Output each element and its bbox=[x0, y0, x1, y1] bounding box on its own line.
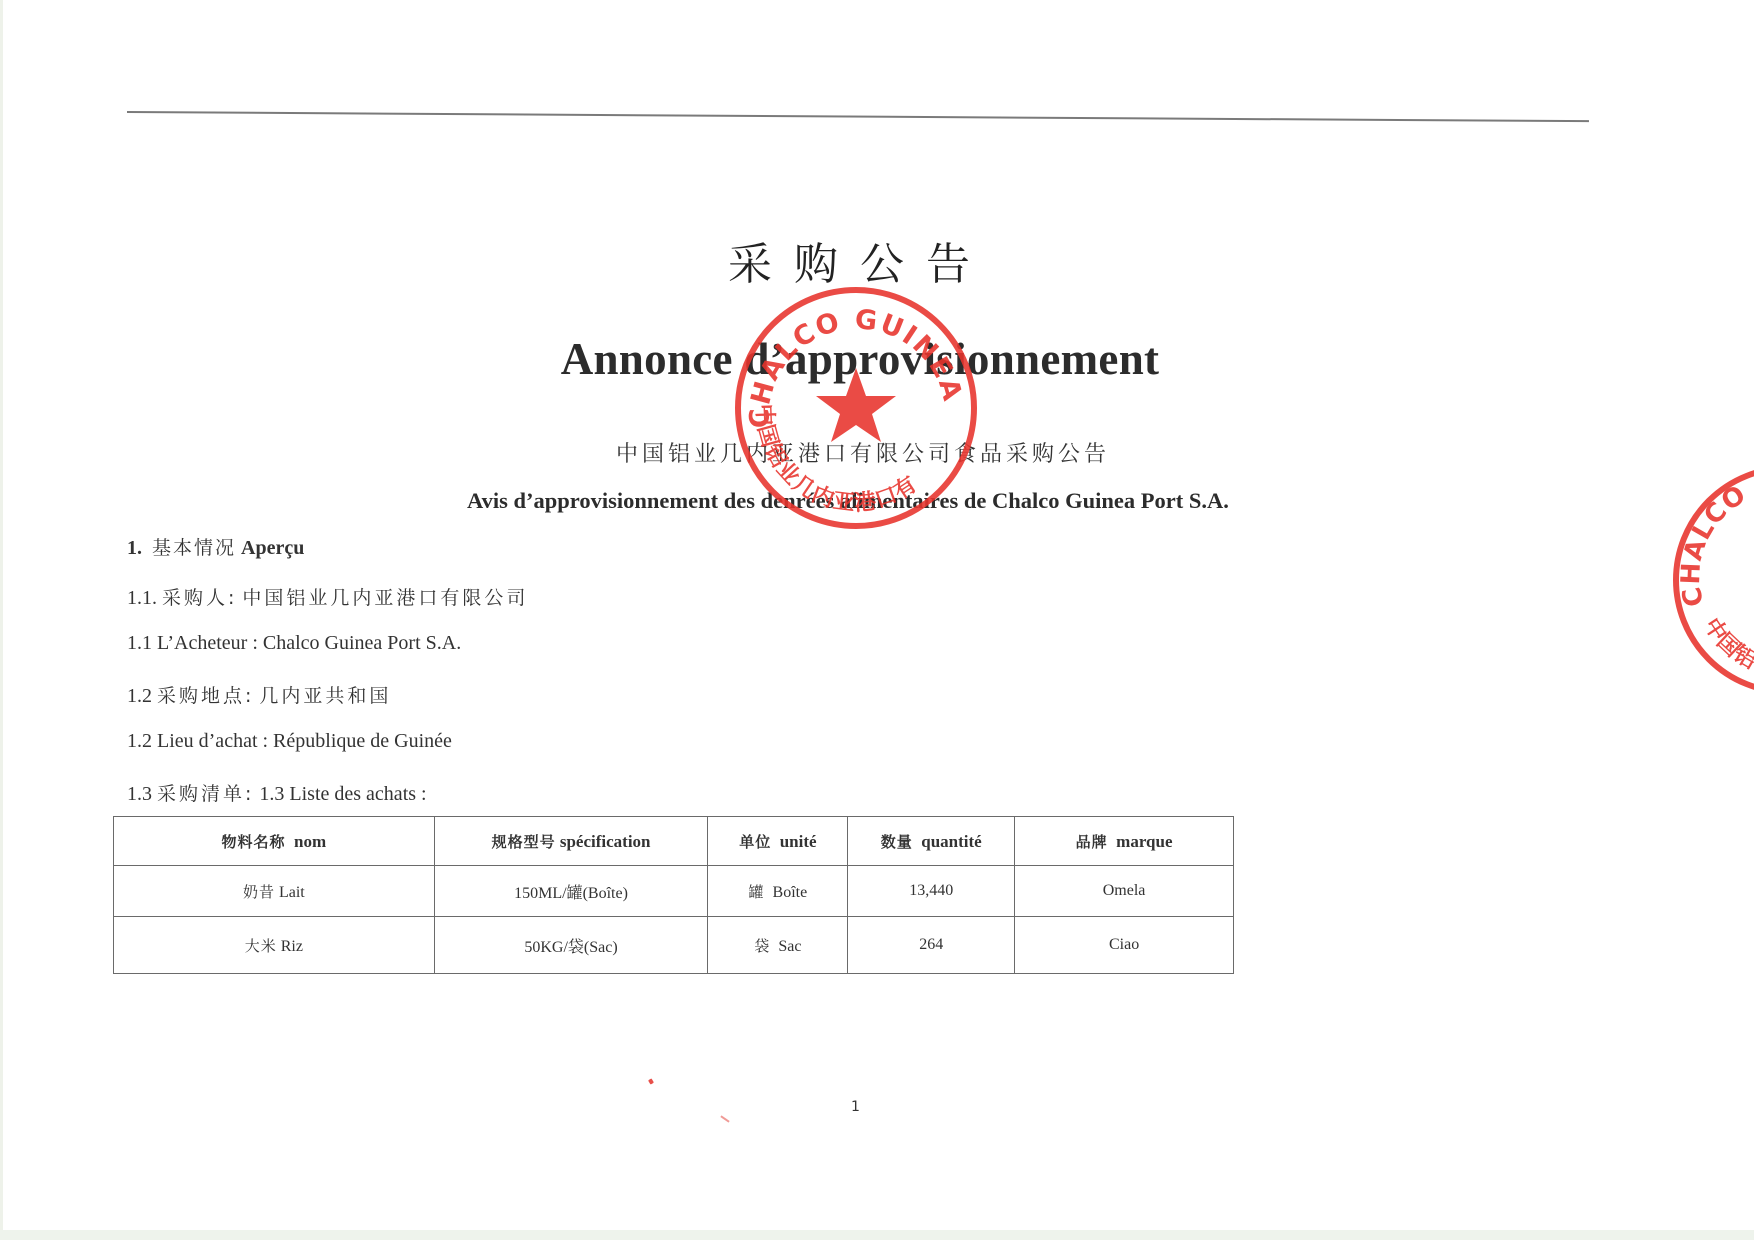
item-number: 1.3 bbox=[127, 783, 152, 805]
cell-unit: 袋 Sac bbox=[708, 917, 848, 974]
section-label-fr: Aperçu bbox=[241, 537, 304, 559]
buyer-value-cn: 中国铝业几内亚港口有限公司 bbox=[242, 587, 528, 609]
seal-top-text: CHALCO G bbox=[1676, 468, 1754, 609]
seal-ring bbox=[1676, 468, 1754, 692]
document-title-fr: Annonce d’approvisionnement bbox=[0, 333, 1720, 385]
cell-brand: Omela bbox=[1015, 866, 1234, 917]
buyer-label-cn: 采购人: bbox=[162, 587, 237, 609]
item-number: 1.2 bbox=[127, 685, 152, 707]
cell-unit: 罐 Boîte bbox=[708, 866, 848, 917]
seal-bottom-text: 中国铝 bbox=[1698, 613, 1754, 674]
section-number: 1. bbox=[127, 537, 142, 559]
procurement-table: 物料名称 nom 规格型号 spécification 单位 unité 数量 … bbox=[113, 816, 1234, 974]
column-header-name: 物料名称 nom bbox=[114, 817, 435, 866]
scan-speck bbox=[648, 1078, 654, 1084]
item-number: 1.1. bbox=[127, 587, 157, 609]
column-header-specification: 规格型号 spécification bbox=[434, 817, 708, 866]
section-heading-overview: 1. 基本情况 Aperçu bbox=[127, 533, 304, 560]
document-title-cn: 采购公告 bbox=[0, 228, 1720, 292]
location-label-cn: 采购地点: bbox=[157, 685, 254, 707]
header-rule bbox=[127, 111, 1589, 122]
column-header-brand: 品牌 marque bbox=[1015, 817, 1234, 866]
cell-quantity: 264 bbox=[848, 917, 1015, 974]
table-row: 奶昔 Lait 150ML/罐(Boîte) 罐 Boîte 13,440 Om… bbox=[114, 866, 1234, 917]
cell-quantity: 13,440 bbox=[848, 866, 1015, 917]
document-subtitle-cn: 中国铝业几内亚港口有限公司食品采购公告 bbox=[0, 437, 1726, 468]
cell-brand: Ciao bbox=[1015, 917, 1234, 974]
scan-speck bbox=[720, 1115, 729, 1122]
purchase-list-label-cn: 采购清单: bbox=[157, 783, 254, 805]
location-value-cn: 几内亚共和国 bbox=[259, 685, 391, 707]
column-header-quantity: 数量 quantité bbox=[848, 817, 1015, 866]
cell-specification: 50KG/袋(Sac) bbox=[434, 917, 708, 974]
buyer-line-cn: 1.1. 采购人: 中国铝业几内亚港口有限公司 bbox=[127, 583, 528, 610]
cell-specification: 150ML/罐(Boîte) bbox=[434, 866, 708, 917]
document-subtitle-fr: Avis d’approvisionnement des denrées ali… bbox=[467, 488, 1229, 514]
edge-seal-stamp: CHALCO G 中国铝 bbox=[1668, 460, 1754, 700]
seal-bottom-text: 中国铝业几内亚港口有限公司 bbox=[730, 282, 922, 517]
location-line-cn: 1.2 采购地点: 几内亚共和国 bbox=[127, 681, 391, 708]
column-header-unit: 单位 unité bbox=[708, 817, 848, 866]
buyer-line-fr: 1.1 L’Acheteur : Chalco Guinea Port S.A. bbox=[127, 632, 461, 655]
page-edge bbox=[0, 1230, 1754, 1240]
table-row: 大米 Riz 50KG/袋(Sac) 袋 Sac 264 Ciao bbox=[114, 917, 1234, 974]
section-label-cn: 基本情况 bbox=[152, 537, 236, 559]
page-edge bbox=[0, 0, 3, 1240]
cell-name: 奶昔 Lait bbox=[114, 866, 435, 917]
location-line-fr: 1.2 Lieu d’achat : République de Guinée bbox=[127, 730, 452, 753]
table-header-row: 物料名称 nom 规格型号 spécification 单位 unité 数量 … bbox=[114, 817, 1234, 866]
purchase-list-line: 1.3 采购清单: 1.3 Liste des achats : bbox=[127, 779, 427, 806]
cell-name: 大米 Riz bbox=[114, 917, 435, 974]
purchase-list-label-fr: 1.3 Liste des achats : bbox=[259, 783, 426, 805]
page-number: 1 bbox=[851, 1099, 860, 1115]
